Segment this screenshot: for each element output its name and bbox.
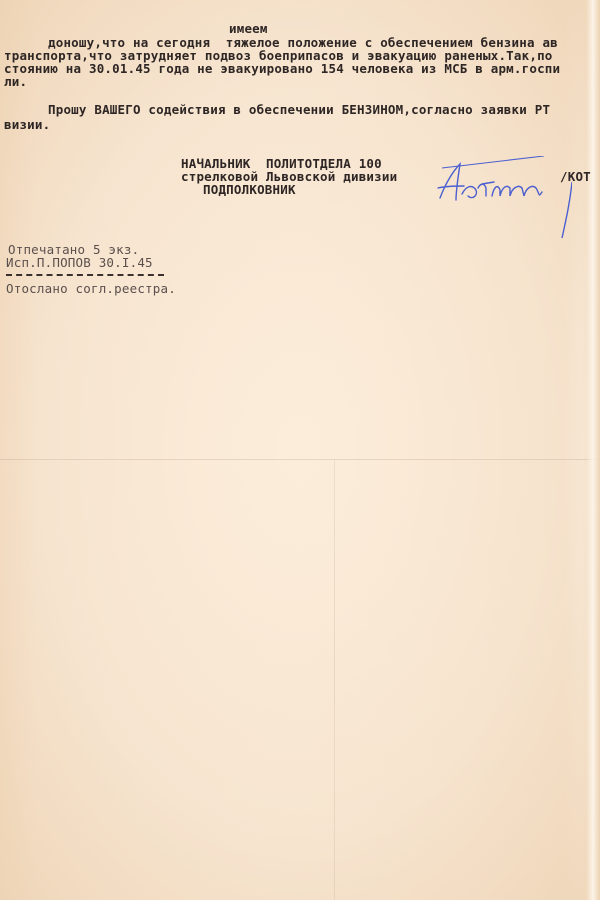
- heading-fragment: имеем: [229, 22, 268, 36]
- scanned-document-page: имеем доношу,что на сегодня тяжелое поло…: [0, 0, 600, 900]
- fold-crease-horizontal: [0, 459, 600, 460]
- paragraph-line: визии.: [4, 118, 50, 132]
- executor-note: Исп.П.ПОПОВ 30.I.45: [6, 256, 153, 270]
- fold-crease-vertical: [334, 460, 335, 900]
- signatory-name-suffix: /КОТ: [560, 170, 591, 184]
- paragraph-line: Прошу ВАШЕГО содействия в обеспечении БЕ…: [48, 103, 550, 117]
- paragraph-line: стоянию на 30.01.45 года не эвакуировано…: [4, 62, 560, 76]
- handwritten-signature-icon: [432, 156, 572, 246]
- paper-edge: [586, 0, 600, 900]
- dispatch-note: Отослано согл.реестра.: [6, 282, 176, 296]
- separator-dashed-line: [6, 274, 164, 276]
- paragraph-line: ли.: [4, 75, 27, 89]
- signatory-rank: ПОДПОЛКОВНИК: [203, 183, 296, 197]
